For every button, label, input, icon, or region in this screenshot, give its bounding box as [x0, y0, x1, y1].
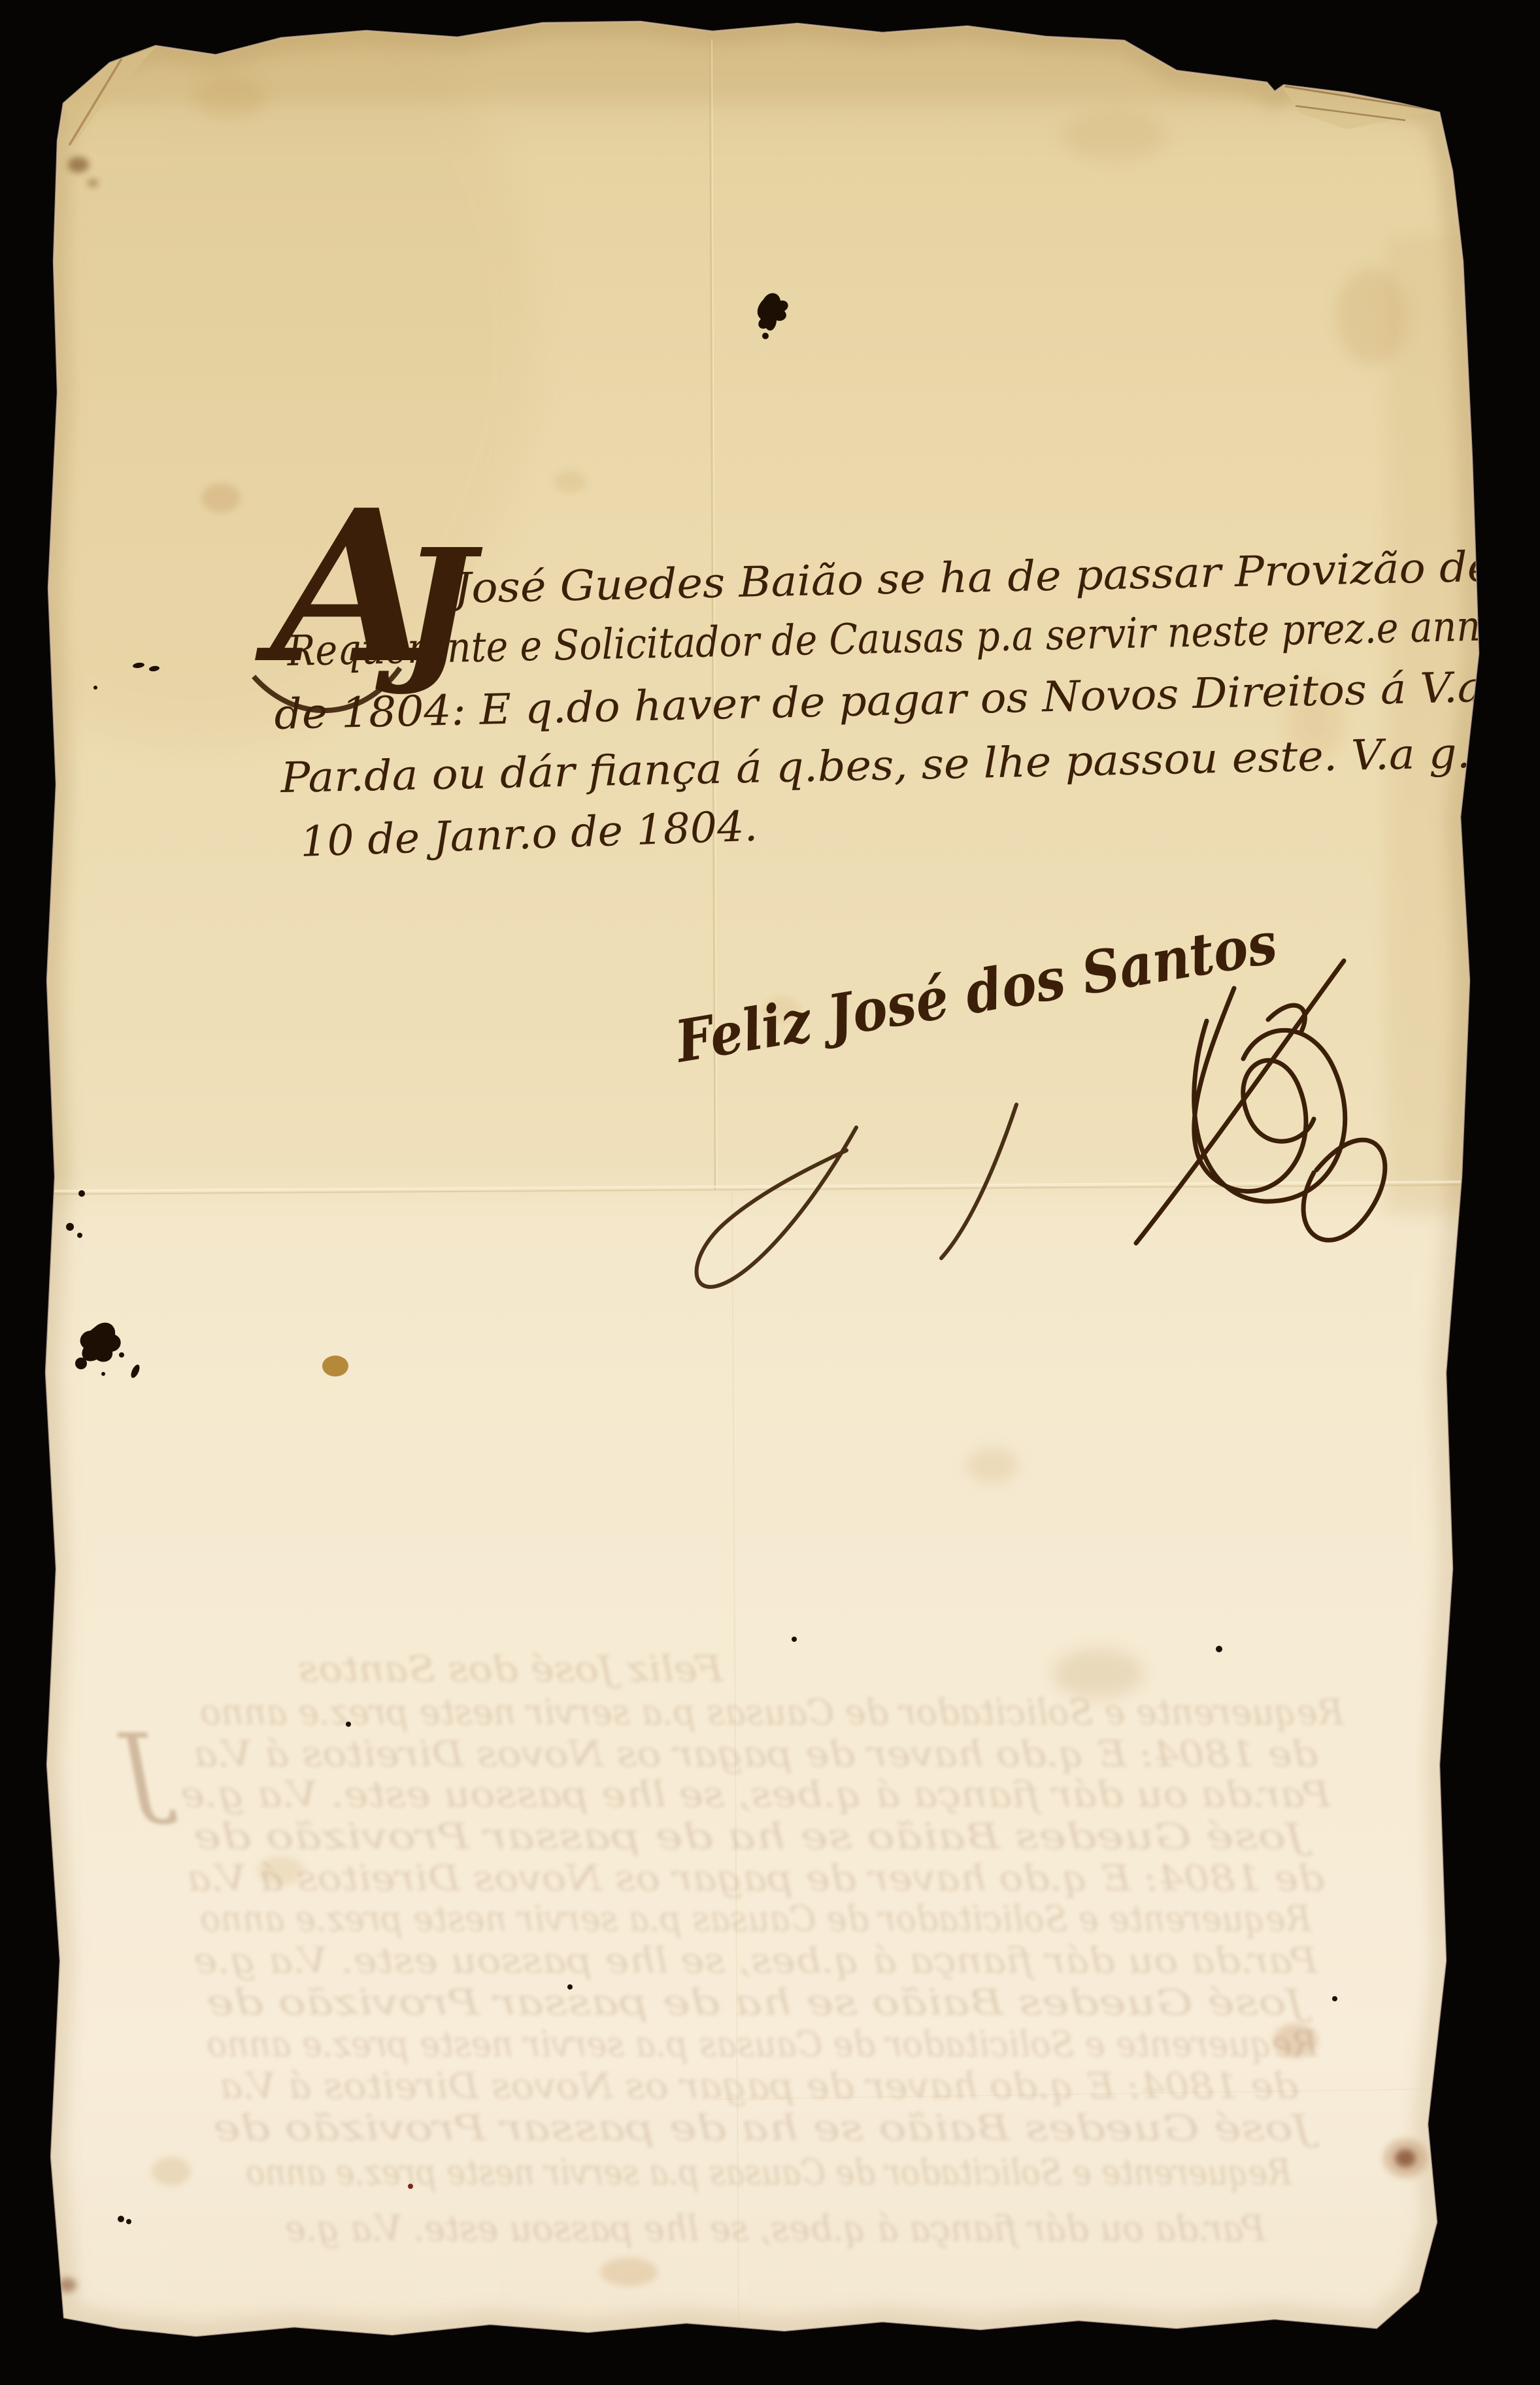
fox-stain: [1052, 1648, 1144, 1698]
bleed-line: Feliz José dos Santos: [298, 1648, 724, 1690]
fox-stain-dark-center: [1395, 2149, 1416, 2167]
ink-blot-top-satellite: [762, 333, 769, 339]
red-mold-speck: [408, 2184, 413, 2189]
manuscript-scan: Feliz José dos Santos Requerente e Solic…: [0, 0, 1540, 2385]
bleed-through-text: Feliz José dos Santos Requerente e Solic…: [180, 1648, 1345, 2249]
fox-stain: [194, 77, 266, 116]
bleed-line: Requerente e Solicitador de Causas p.a s…: [200, 1898, 1312, 1939]
fox-stain: [554, 470, 586, 493]
ink-speck: [119, 1352, 124, 1358]
ink-speck: [126, 2219, 131, 2224]
fox-stain: [966, 1448, 1018, 1482]
bleed-line: Par.da ou dár fiança á q.bes, se lhe pas…: [285, 2208, 1266, 2249]
fox-stain: [1062, 110, 1167, 162]
ink-speck: [346, 1722, 351, 1727]
ink-speck: [567, 1984, 573, 1990]
fox-stain: [88, 179, 98, 187]
bleed-line: José Guedes Baião se ha de passar Proviz…: [207, 1982, 1313, 2023]
ink-speck: [1332, 1996, 1337, 2001]
fox-stain: [1335, 267, 1407, 365]
ink-speck: [1216, 1646, 1222, 1652]
manuscript-svg: Feliz José dos Santos Requerente e Solic…: [0, 0, 1540, 2385]
fox-stain: [201, 484, 241, 512]
ink-speck: [78, 1190, 85, 1197]
bleed-line: Par.da ou dár fiança á q.bes, se lhe pas…: [180, 1774, 1331, 1815]
bleed-line: Par.da ou dár fiança á q.bes, se lhe pas…: [193, 1940, 1318, 1981]
fox-stain: [68, 157, 89, 173]
bleed-line: de 1804: E q.do haver de pagar os Novos …: [193, 1733, 1318, 1775]
right-edge-tone: [1386, 235, 1477, 1216]
bleed-line: Requerente e Solicitador de Causas p.a s…: [246, 2152, 1292, 2193]
bleed-line: Requerente e Solicitador de Causas p.a s…: [200, 1692, 1345, 1733]
bleed-line: Requerente e Solicitador de Causas p.a s…: [207, 2024, 1318, 2065]
yellow-wax-spot: [322, 1356, 348, 1376]
ink-speck: [66, 1223, 74, 1231]
fox-stain: [600, 2258, 658, 2286]
ink-speck: [792, 1637, 797, 1642]
fox-stain: [152, 2157, 191, 2186]
bleed-line: de 1804: E q.do haver de pagar os Novos …: [220, 2065, 1298, 2107]
bleed-line: de 1804: E q.do haver de pagar os Novos …: [187, 1858, 1324, 1899]
ink-speck: [118, 2216, 124, 2222]
ink-speck: [93, 686, 97, 690]
ink-blot-left-dot: [75, 1358, 87, 1369]
bleed-line: José Guedes Baião se ha de passar Proviz…: [213, 2107, 1320, 2148]
ink-speck: [77, 1233, 82, 1238]
bleed-line: José Guedes Baião se ha de passar Proviz…: [193, 1816, 1313, 1857]
ink-speck: [101, 1372, 105, 1376]
